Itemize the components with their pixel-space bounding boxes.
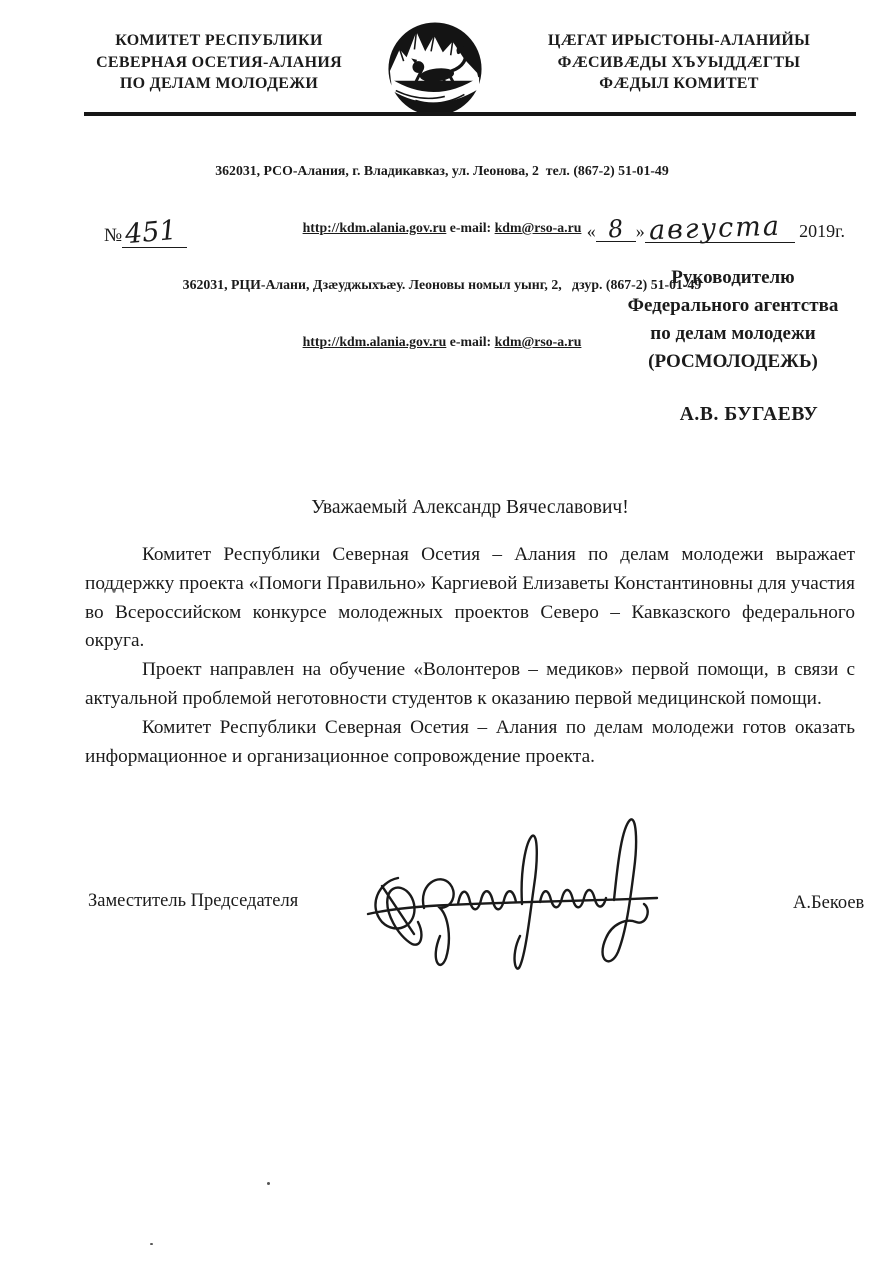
recipient-line: Федерального агентства — [583, 292, 883, 320]
recipient-line: по делам молодежи — [583, 320, 883, 348]
org-name-os-line: ЦÆГАТ ИРЫСТОНЫ-АЛАНИЙЫ — [498, 30, 860, 52]
paragraph: Комитет Республики Северная Осетия – Ала… — [85, 541, 855, 656]
address-line-russian: 362031, РСО-Алания, г. Владикавказ, ул. … — [57, 161, 827, 180]
signer-name: А.Бекоев — [793, 893, 864, 914]
scan-speck — [150, 1243, 153, 1245]
org-name-russian: КОМИТЕТ РЕСПУБЛИКИ СЕВЕРНАЯ ОСЕТИЯ-АЛАНИ… — [68, 30, 370, 95]
org-name-os-line: ФÆСИВÆДЫ ХЪУЫДДÆГТЫ — [498, 52, 860, 74]
signer-position-title: Заместитель Председателя — [88, 891, 298, 912]
org-name-os-line: ФÆДЫЛ КОМИТЕТ — [498, 73, 860, 95]
letter-body: Комитет Республики Северная Осетия – Ала… — [85, 541, 855, 771]
snow-leopard-mountains-logo — [386, 18, 484, 120]
scanned-letter-page: КОМИТЕТ РЕСПУБЛИКИ СЕВЕРНАЯ ОСЕТИЯ-АЛАНИ… — [0, 0, 883, 1280]
org-name-ossetian: ЦÆГАТ ИРЫСТОНЫ-АЛАНИЙЫ ФÆСИВÆДЫ ХЪУЫДДÆГ… — [498, 30, 860, 95]
recipient-line: Руководителю — [583, 264, 883, 292]
handwritten-signature-icon — [352, 798, 686, 982]
month-underline: августа — [645, 215, 795, 243]
open-quote: « — [587, 221, 596, 241]
letter-date: «8»августа 2019г. — [587, 215, 845, 243]
org-name-ru-line: КОМИТЕТ РЕСПУБЛИКИ — [68, 30, 370, 52]
email-label: e-mail: — [446, 334, 494, 349]
close-quote: » — [636, 221, 645, 241]
handwritten-month: августа — [648, 213, 781, 245]
org-name-ru-line: ПО ДЕЛАМ МОЛОДЕЖИ — [68, 73, 370, 95]
handwritten-number: 451 — [124, 217, 178, 248]
handwritten-day: 8 — [607, 216, 625, 241]
scan-speck — [267, 1182, 270, 1185]
paragraph: Комитет Республики Северная Осетия – Ала… — [85, 714, 855, 772]
ossetia-emblem-icon — [386, 18, 484, 120]
recipient-block: Руководителю Федерального агентства по д… — [583, 264, 883, 376]
org-name-ru-line: СЕВЕРНАЯ ОСЕТИЯ-АЛАНИЯ — [68, 52, 370, 74]
paragraph: Проект направлен на обучение «Волонтеров… — [85, 656, 855, 714]
email-label: e-mail: — [446, 220, 494, 235]
number-sign: № — [104, 225, 122, 246]
email-link: kdm@rso-a.ru — [495, 334, 582, 349]
recipient-name: А.В. БУГАЕВУ — [618, 404, 880, 426]
website-link: http://kdm.alania.gov.ru — [303, 220, 447, 235]
signature-scrawl — [352, 798, 686, 982]
website-link: http://kdm.alania.gov.ru — [303, 334, 447, 349]
year-text: 2019г. — [799, 221, 845, 241]
salutation: Уважаемый Александр Вячеславович! — [85, 497, 855, 519]
email-link: kdm@rso-a.ru — [495, 220, 582, 235]
day-underline: 8 — [596, 217, 636, 242]
number-underline: 451 — [122, 219, 187, 248]
outgoing-number: №451 — [104, 219, 187, 248]
header-divider — [84, 112, 856, 116]
recipient-line: (РОСМОЛОДЕЖЬ) — [583, 348, 883, 376]
